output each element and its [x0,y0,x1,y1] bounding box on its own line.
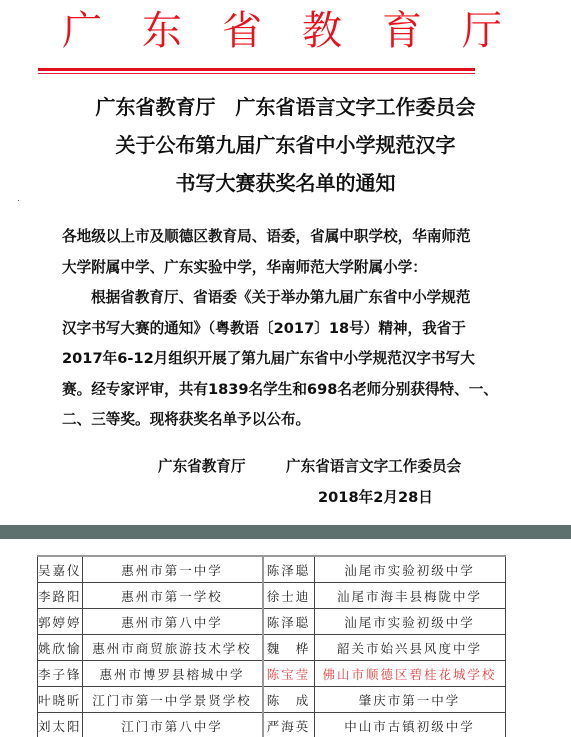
school-name-highlighted: 佛山市顺德区碧桂花城学校 [314,661,505,687]
student-name: 李路阳 [38,583,83,609]
addressee-line: 大学附属中学、广东实验中学，华南师范大学附属小学： [62,253,512,284]
student-name: 刘太阳 [38,713,83,737]
body-line: 赛。经专家评审，共有1839名学生和698名老师分别获得特、一、 [62,375,512,406]
notice-title-line: 广东省教育厅 广东省语言文字工作委员会 [0,88,571,126]
student-name: 魏 桦 [263,635,315,661]
table-row: 姚欣愉 惠州市商贸旅游技术学校 魏 桦 韶关市始兴县风度中学 [38,635,506,661]
student-name: 姚欣愉 [38,635,83,661]
masthead-red-rule-thin [38,73,475,74]
table-row: 李路阳 惠州市第一学校 徐士迪 汕尾市海丰县梅陇中学 [38,583,506,609]
body-line: 二、三等奖。现将获奖名单予以公布。 [62,405,512,436]
masthead-char: 省 [222,6,262,56]
addressee-line: 各地级以上市及顺德区教育局、语委，省属中职学校，华南师范 [62,222,512,253]
school-name: 惠州市第一学校 [82,583,263,609]
student-name: 郭婷婷 [38,609,83,635]
school-name: 中山市古镇初级中学 [314,713,505,737]
student-name: 陈泽聪 [263,609,315,635]
student-name: 李子锋 [38,661,83,687]
table-row: 刘太阳 江门市第八中学 严海英 中山市古镇初级中学 [38,713,506,737]
school-name: 韶关市始兴县风度中学 [314,635,505,661]
student-name: 陈泽聪 [263,556,315,583]
school-name: 汕尾市实验初级中学 [314,609,505,635]
signature-org-education: 广东省教育厅 [158,455,246,476]
school-name: 汕尾市实验初级中学 [314,556,505,583]
student-name: 陈 成 [263,687,315,713]
masthead-char: 厅 [462,6,502,56]
notice-title: 广东省教育厅 广东省语言文字工作委员会 关于公布第九届广东省中小学规范汉字 书写… [0,88,571,202]
masthead-char: 育 [382,6,422,56]
body-line: 汉字书写大赛的通知》（粤教语〔2017〕18号）精神，我省于 [62,314,512,345]
student-name: 徐士迪 [263,583,315,609]
student-name-highlighted: 陈宝莹 [263,661,315,687]
school-name: 惠州市第一中学 [82,556,263,583]
table-row: 郭婷婷 惠州市第八中学 陈泽聪 汕尾市实验初级中学 [38,609,506,635]
school-name: 惠州市第八中学 [82,609,263,635]
student-name: 吴嘉仪 [38,556,83,583]
school-name: 汕尾市海丰县梅陇中学 [314,583,505,609]
table-row-highlighted: 李子锋 惠州市博罗县榕城中学 陈宝莹 佛山市顺德区碧桂花城学校 [38,661,506,687]
section-divider [0,525,571,539]
student-name: 严海英 [263,713,315,737]
body-line: 2017年6-12月组织开展了第九届广东省中小学规范汉字书写大 [62,344,512,375]
table-row: 叶晓昕 江门市第一中学景贤学校 陈 成 肇庆市第一中学 [38,687,506,713]
masthead-char: 东 [142,6,182,56]
school-name: 惠州市商贸旅游技术学校 [82,635,263,661]
notice-title-line: 书写大赛获奖名单的通知 [0,164,571,202]
masthead-char: 广 [62,6,102,56]
body-line: 根据省教育厅、省语委《关于举办第九届广东省中小学规范 [62,283,512,314]
student-name: 叶晓昕 [38,687,83,713]
notice-title-line: 关于公布第九届广东省中小学规范汉字 [0,126,571,164]
table-row: 吴嘉仪 惠州市第一中学 陈泽聪 汕尾市实验初级中学 [38,556,506,583]
masthead-red-rule [38,68,475,71]
masthead-title: 广 东 省 教 育 厅 [62,6,502,56]
masthead-char: 教 [302,6,342,56]
school-name: 江门市第八中学 [82,713,263,737]
school-name: 江门市第一中学景贤学校 [82,687,263,713]
award-table: 吴嘉仪 惠州市第一中学 陈泽聪 汕尾市实验初级中学 李路阳 惠州市第一学校 徐士… [37,555,506,737]
school-name: 肇庆市第一中学 [314,687,505,713]
school-name: 惠州市博罗县榕城中学 [82,661,263,687]
masthead: 广 东 省 教 育 厅 [0,0,571,80]
notice-body: 各地级以上市及顺德区教育局、语委，省属中职学校，华南师范 大学附属中学、广东实验… [62,222,512,436]
scan-speck [18,200,19,201]
signature-date: 2018年2月28日 [318,486,433,507]
signature-org-language: 广东省语言文字工作委员会 [286,455,461,476]
